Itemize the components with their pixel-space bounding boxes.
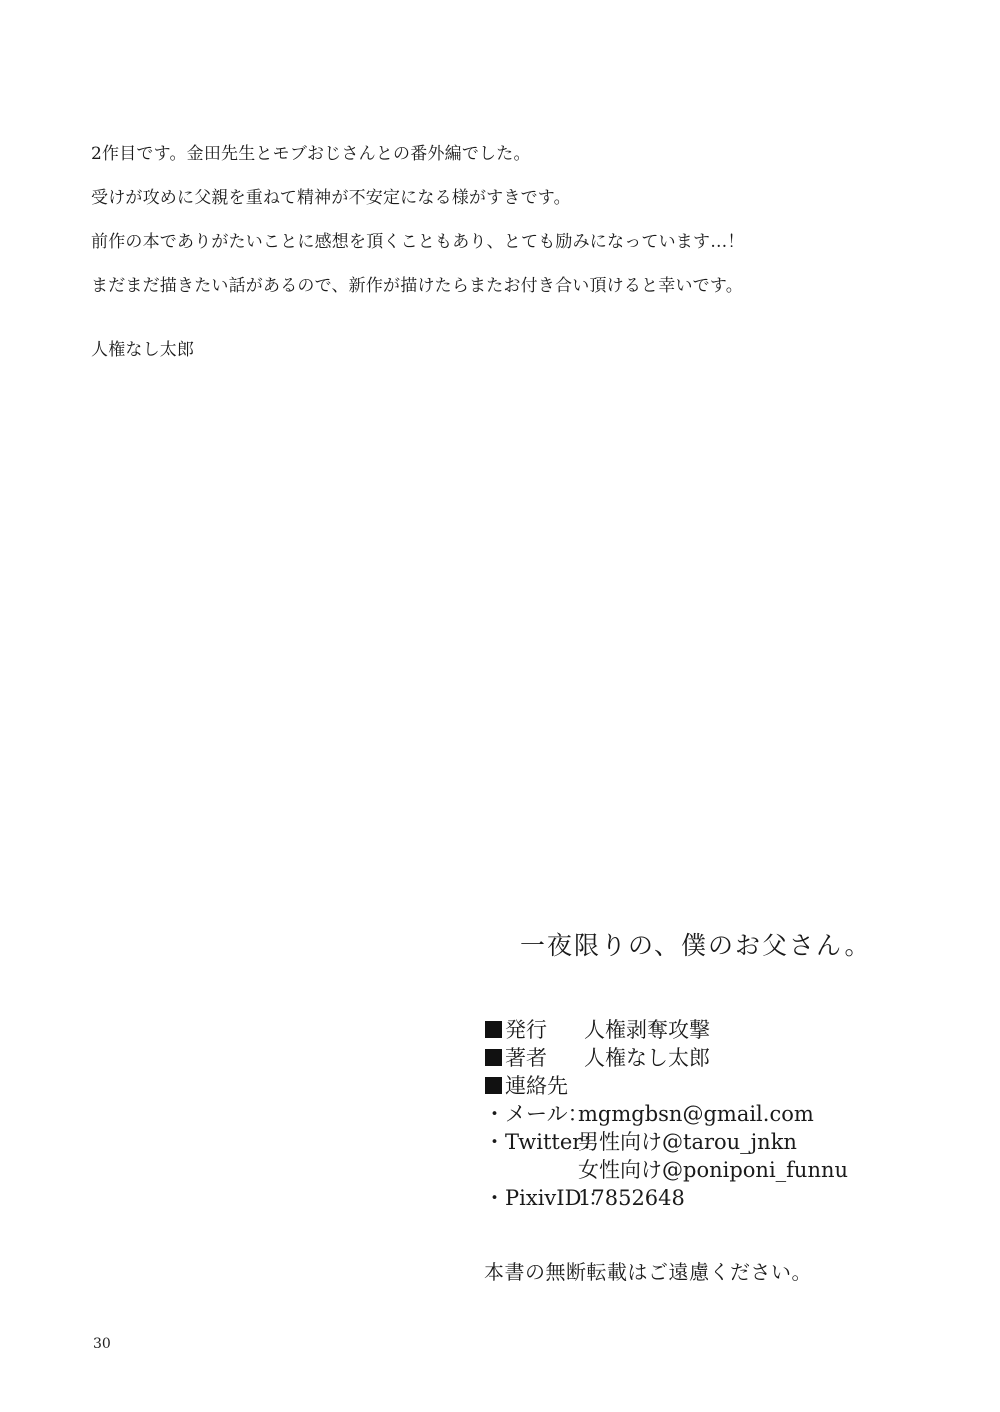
pixiv-value: 17852648 — [578, 1184, 685, 1212]
email-row: ・メール： mgmgbsn@gmail.com — [484, 1100, 924, 1128]
colophon: 一夜限りの、僕のお父さん。 発行 人権剥奪攻撃 著者 人権なし太郎 連絡先 ・メ… — [484, 928, 924, 1286]
book-title: 一夜限りの、僕のお父さん。 — [520, 928, 924, 964]
page-number: 30 — [93, 1336, 111, 1352]
contact-row: 連絡先 — [484, 1072, 924, 1100]
square-bullet-icon — [485, 1021, 502, 1038]
twitter-row-2: 女性向け@poniponi_funnu — [484, 1156, 924, 1184]
twitter-account: 男性向け@tarou_jnkn — [578, 1128, 797, 1156]
afterword-signature: 人権なし太郎 — [91, 338, 911, 362]
publisher-label: 発行 — [505, 1016, 584, 1044]
pixiv-label: ・PixivID ： — [484, 1184, 578, 1212]
author-row: 著者 人権なし太郎 — [484, 1044, 924, 1072]
pixiv-row: ・PixivID ： 17852648 — [484, 1184, 924, 1212]
colophon-info: 発行 人権剥奪攻撃 著者 人権なし太郎 連絡先 ・メール： mgmgbsn@gm… — [484, 1016, 924, 1212]
afterword-paragraph: 2作目です。金田先生とモブおじさんとの番外編でした。 — [91, 142, 911, 166]
square-bullet-icon — [485, 1077, 502, 1094]
afterword-paragraph: まだまだ描きたい話があるので、新作が描けたらまたお付き合い頂けると幸いです。 — [91, 274, 911, 298]
email-value: mgmgbsn@gmail.com — [578, 1100, 814, 1128]
author-label: 著者 — [505, 1044, 584, 1072]
reprint-notice: 本書の無断転載はご遠慮ください。 — [484, 1258, 924, 1286]
publisher-row: 発行 人権剥奪攻撃 — [484, 1016, 924, 1044]
email-label: ・メール： — [484, 1100, 578, 1128]
afterword-paragraph: 受けが攻めに父親を重ねて精神が不安定になる様がすきです。 — [91, 186, 911, 210]
twitter-label: ・Twitter： — [484, 1128, 578, 1156]
contact-label: 連絡先 — [505, 1072, 568, 1100]
square-bullet-icon — [485, 1049, 502, 1066]
publisher-value: 人権剥奪攻撃 — [584, 1016, 710, 1044]
afterword: 2作目です。金田先生とモブおじさんとの番外編でした。 受けが攻めに父親を重ねて精… — [91, 142, 911, 362]
twitter-row: ・Twitter： 男性向け@tarou_jnkn — [484, 1128, 924, 1156]
twitter-account: 女性向け@poniponi_funnu — [578, 1156, 848, 1184]
afterword-paragraph: 前作の本でありがたいことに感想を頂くこともあり、とても励みになっています…！ — [91, 230, 911, 254]
author-value: 人権なし太郎 — [584, 1044, 710, 1072]
